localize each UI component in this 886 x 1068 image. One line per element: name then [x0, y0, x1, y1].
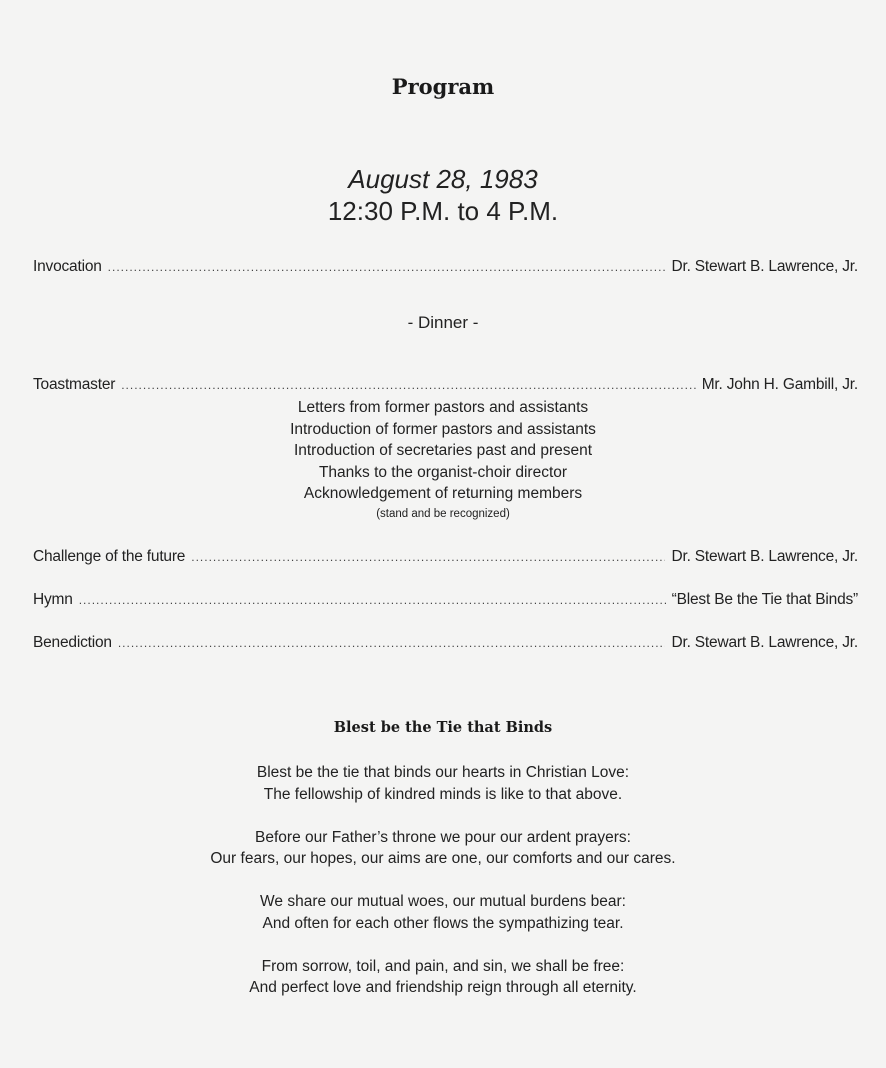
- hymn-verse: From sorrow, toil, and pain, and sin, we…: [0, 956, 886, 999]
- subitem: Introduction of former pastors and assis…: [0, 419, 886, 441]
- dinner-divider: - Dinner -: [0, 313, 886, 333]
- verse-line: From sorrow, toil, and pain, and sin, we…: [0, 956, 886, 978]
- hymn-verse: Before our Father’s throne we pour our a…: [0, 827, 886, 870]
- verse-line: Blest be the tie that binds our hearts i…: [0, 762, 886, 784]
- hymn-verse: Blest be the tie that binds our hearts i…: [0, 762, 886, 805]
- program-item-benediction: Benediction Dr. Stewart B. Lawrence, Jr.: [33, 634, 858, 652]
- subitem: Thanks to the organist-choir director: [0, 462, 886, 484]
- subitem: Introduction of secretaries past and pre…: [0, 440, 886, 462]
- item-label: Hymn: [33, 591, 73, 609]
- item-person: “Blest Be the Tie that Binds”: [672, 591, 858, 609]
- verse-line: The fellowship of kindred minds is like …: [0, 784, 886, 806]
- subitem: Acknowledgement of returning members: [0, 483, 886, 505]
- program-item-hymn: Hymn “Blest Be the Tie that Binds”: [33, 591, 858, 609]
- item-person: Dr. Stewart B. Lawrence, Jr.: [671, 258, 858, 276]
- toastmaster-subitems: Letters from former pastors and assistan…: [0, 397, 886, 523]
- hymn-title: Blest be the Tie that Binds: [0, 719, 886, 736]
- item-person: Dr. Stewart B. Lawrence, Jr.: [671, 634, 858, 652]
- item-label: Toastmaster: [33, 376, 115, 394]
- hymn-verses: Blest be the tie that binds our hearts i…: [0, 762, 886, 1020]
- dot-leader: [118, 636, 666, 650]
- item-person: Dr. Stewart B. Lawrence, Jr.: [671, 548, 858, 566]
- subitem-note: (stand and be recognized): [0, 505, 886, 523]
- event-time: 12:30 P.M. to 4 P.M.: [0, 196, 886, 227]
- program-item-toastmaster: Toastmaster Mr. John H. Gambill, Jr.: [33, 376, 858, 394]
- hymn-verse: We share our mutual woes, our mutual bur…: [0, 891, 886, 934]
- program-item-invocation: Invocation Dr. Stewart B. Lawrence, Jr.: [33, 258, 858, 276]
- event-date: August 28, 1983: [0, 164, 886, 195]
- verse-line: And perfect love and friendship reign th…: [0, 977, 886, 999]
- verse-line: Before our Father’s throne we pour our a…: [0, 827, 886, 849]
- program-page: Program August 28, 1983 12:30 P.M. to 4 …: [0, 0, 886, 1068]
- program-title: Program: [0, 74, 886, 99]
- subitem: Letters from former pastors and assistan…: [0, 397, 886, 419]
- program-item-challenge: Challenge of the future Dr. Stewart B. L…: [33, 548, 858, 566]
- dot-leader: [121, 378, 696, 392]
- dot-leader: [108, 260, 666, 274]
- item-label: Invocation: [33, 258, 102, 276]
- dot-leader: [79, 593, 666, 607]
- dot-leader: [191, 550, 665, 564]
- verse-line: And often for each other flows the sympa…: [0, 913, 886, 935]
- verse-line: We share our mutual woes, our mutual bur…: [0, 891, 886, 913]
- verse-line: Our fears, our hopes, our aims are one, …: [0, 848, 886, 870]
- item-person: Mr. John H. Gambill, Jr.: [702, 376, 858, 394]
- item-label: Challenge of the future: [33, 548, 185, 566]
- item-label: Benediction: [33, 634, 112, 652]
